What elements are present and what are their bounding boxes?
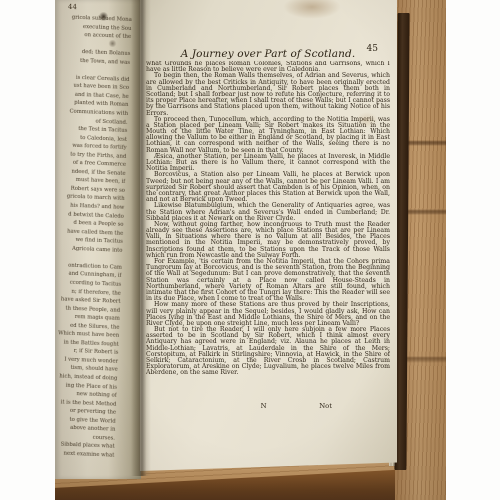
page-foot: N Not xyxy=(146,402,390,412)
paragraph: How many more of these Stations are thus… xyxy=(146,302,390,327)
paragraph: Æsica, another Station, per Lineam Valli… xyxy=(146,154,390,173)
right-page-number: 45 xyxy=(367,44,378,54)
paragraph: Borcovicus, a Station also per Lineam Va… xyxy=(146,172,390,203)
paragraph: Now, without going farther, how incongru… xyxy=(146,222,390,259)
running-header: A Journey over Part of Scotland. 45 xyxy=(146,42,390,57)
right-page: A Journey over Part of Scotland. 45 what… xyxy=(140,0,397,471)
paragraph: To proceed then, Tunocellum, which, acco… xyxy=(146,117,390,154)
catchword: Not xyxy=(319,402,332,410)
signature-mark: N xyxy=(261,402,267,410)
left-page-number: 44 xyxy=(68,3,77,11)
paragraph: Likewise Blatumbulgium, which the Genera… xyxy=(146,203,390,222)
running-title: A Journey over Part of Scotland. xyxy=(181,48,356,60)
right-page-text: A Journey over Part of Scotland. 45 what… xyxy=(146,42,390,403)
page-body-text: what Grounds he places Roman Colonies, S… xyxy=(146,61,390,403)
gutter-shadow xyxy=(131,0,151,476)
paragraph: For Example, 'tis certain from the Notit… xyxy=(146,259,390,302)
paragraph: But not to tire the Reader, I will only … xyxy=(146,327,390,377)
paragraph: To begin then, the Roman Walls themselve… xyxy=(146,73,390,116)
text-fragment-line: next examine what xyxy=(39,449,114,461)
